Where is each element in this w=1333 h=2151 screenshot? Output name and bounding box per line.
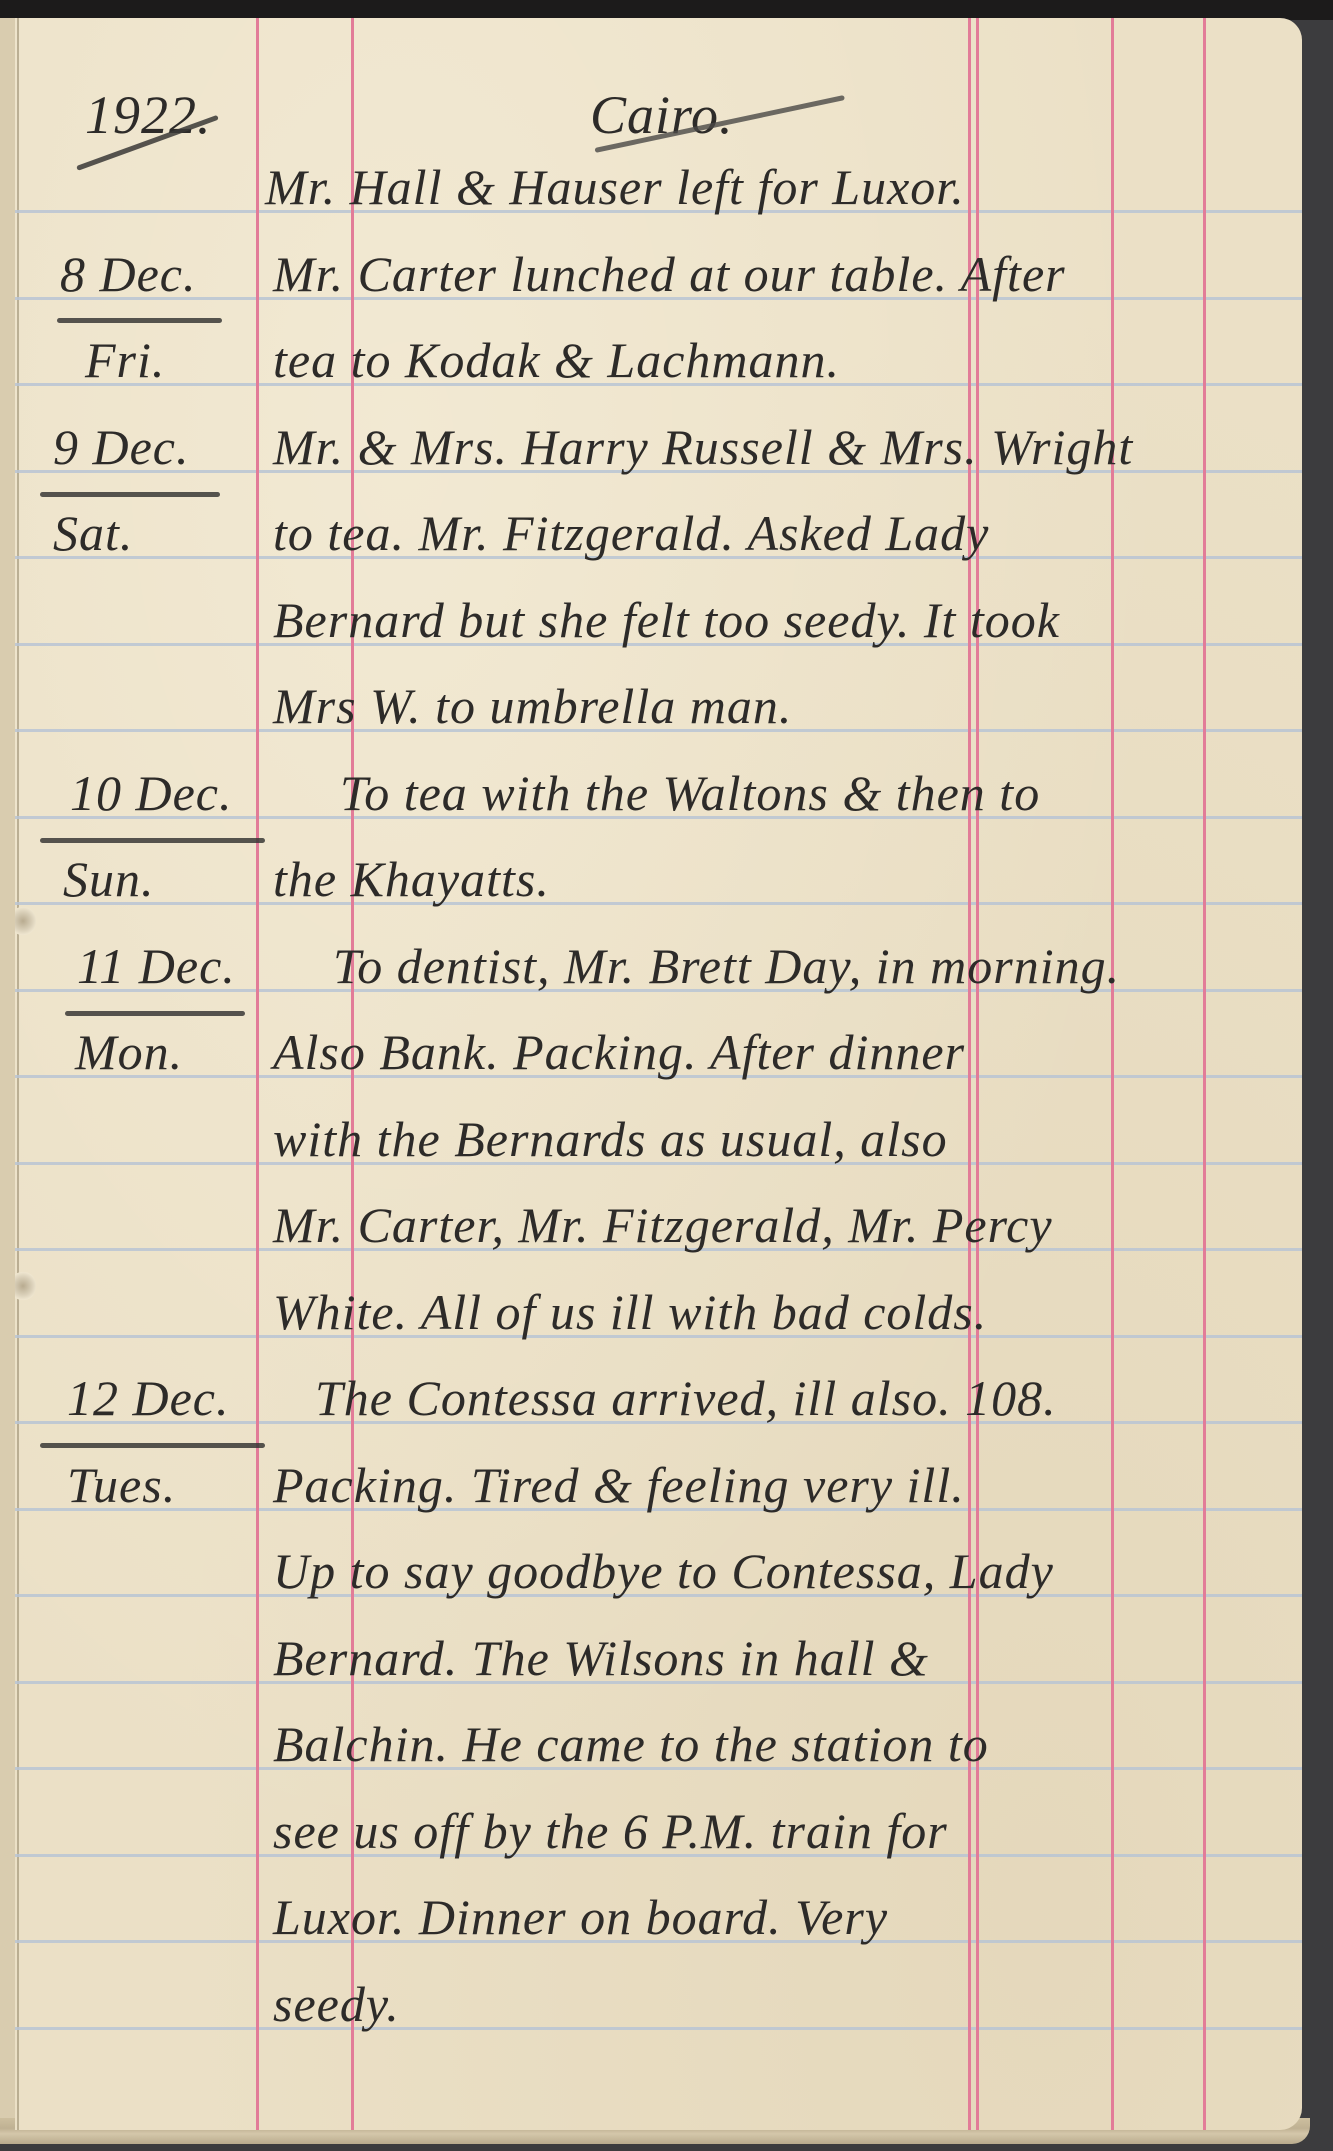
date-underline	[40, 1443, 265, 1448]
diary-line: To dentist, Mr. Brett Day, in morning.	[333, 941, 1120, 991]
diary-line: Bernard. The Wilsons in hall &	[273, 1633, 929, 1683]
column-line	[968, 18, 971, 2130]
day-label: Sat.	[53, 508, 133, 558]
diary-line: see us off by the 6 P.M. train for	[273, 1806, 948, 1856]
date-label: 8 Dec.	[60, 249, 197, 299]
diary-line: Also Bank. Packing. After dinner	[273, 1027, 965, 1077]
date-underline	[40, 492, 220, 497]
date-label: 12 Dec.	[67, 1373, 230, 1423]
day-label: Fri.	[85, 335, 165, 385]
date-underline	[57, 318, 222, 323]
diary-line: To tea with the Waltons & then to	[340, 768, 1040, 818]
binding-hole	[15, 1271, 36, 1301]
diary-line: Luxor. Dinner on board. Very	[273, 1892, 888, 1942]
diary-line: Mrs W. to umbrella man.	[273, 681, 792, 731]
diary-line: White. All of us ill with bad colds.	[273, 1287, 987, 1337]
diary-line: Mr. & Mrs. Harry Russell & Mrs. Wright	[273, 422, 1133, 472]
ruled-line	[15, 2027, 1302, 2030]
date-label: 11 Dec.	[77, 941, 236, 991]
ruled-line	[15, 902, 1302, 905]
diary-line: Mr. Carter, Mr. Fitzgerald, Mr. Percy	[273, 1200, 1053, 1250]
diary-line: to tea. Mr. Fitzgerald. Asked Lady	[273, 508, 989, 558]
date-label: 10 Dec.	[70, 768, 233, 818]
diary-line: Up to say goodbye to Contessa, Lady	[273, 1546, 1054, 1596]
scan-top-shadow	[0, 0, 1333, 20]
binding-hole	[15, 906, 36, 936]
date-underline	[65, 1011, 245, 1016]
diary-line: tea to Kodak & Lachmann.	[273, 335, 840, 385]
margin-line	[256, 18, 259, 2130]
diary-line: The Contessa arrived, ill also. 108.	[315, 1373, 1057, 1423]
diary-line: Balchin. He came to the station to	[273, 1719, 989, 1769]
column-line	[976, 18, 979, 2130]
date-underline	[40, 838, 265, 843]
diary-page: 1922. Cairo. Mr. Hall & Hauser left for …	[15, 18, 1302, 2130]
diary-line: the Khayatts.	[273, 854, 550, 904]
binding-gutter	[17, 18, 19, 2130]
diary-line: Mr. Carter lunched at our table. After	[273, 249, 1066, 299]
day-label: Mon.	[75, 1027, 183, 1077]
diary-line: Packing. Tired & feeling very ill.	[273, 1460, 965, 1510]
column-line	[1111, 18, 1114, 2130]
diary-line: Bernard but she felt too seedy. It took	[273, 595, 1060, 645]
day-label: Tues.	[67, 1460, 176, 1510]
diary-line: Mr. Hall & Hauser left for Luxor.	[265, 162, 965, 212]
date-label: 9 Dec.	[53, 422, 190, 472]
diary-line: with the Bernards as usual, also	[273, 1114, 948, 1164]
entry-year: 1922.	[85, 88, 212, 142]
day-label: Sun.	[63, 854, 155, 904]
diary-line: seedy.	[273, 1979, 400, 2029]
column-line	[1203, 18, 1206, 2130]
